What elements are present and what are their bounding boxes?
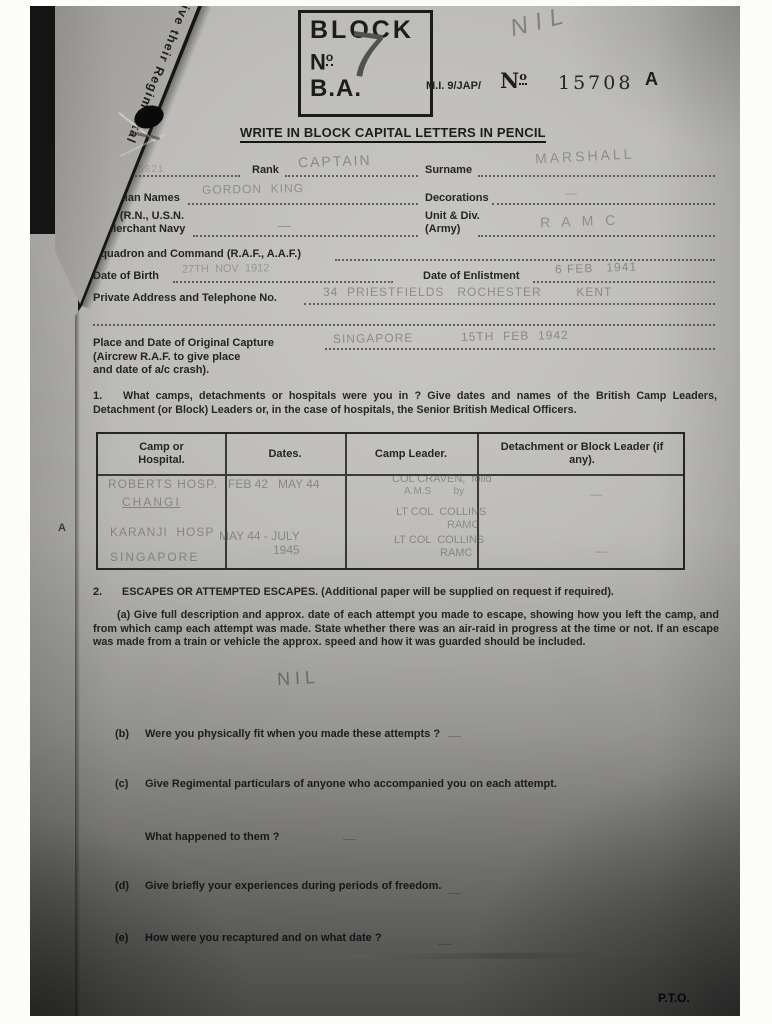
field-label-capture-3: and date of a/c crash). <box>93 364 209 376</box>
field-value-address: 34 PRIESTFIELDS ROCHESTER KENT <box>323 285 612 299</box>
dotted-line-ship <box>193 235 418 237</box>
field-value-christian-names: GORDON KING <box>202 181 304 197</box>
field-value-enlistment: 6 FEB 1941 <box>555 260 637 277</box>
field-value-dob: 27TH NOV 1912 <box>182 262 270 276</box>
answer-2b: — <box>448 728 461 743</box>
answer-2c: — <box>497 778 510 793</box>
dotted-line-rank <box>285 175 418 177</box>
field-label-surname: Surname <box>425 164 472 176</box>
pencil-note-top: NIL <box>508 6 574 43</box>
table-header-detachment: Detachment or Block Leader (if any). <box>477 434 687 474</box>
document-photo: ive their Regimental BLOCK No B.A. 7 M.I… <box>30 6 740 1016</box>
table-dates-row2: MAY 44 - JULY <box>219 529 300 543</box>
question-2e-text: How were you recaptured and on what date… <box>145 932 382 944</box>
field-value-rank: CAPTAIN <box>298 152 372 171</box>
question-2c-text: Give Regimental particulars of anyone wh… <box>145 778 557 790</box>
field-label-unit-1: Unit & Div. <box>425 210 480 222</box>
field-label-enlistment: Date of Enlistment <box>423 270 520 282</box>
page-left-shadow <box>75 306 80 1016</box>
photo-frame: ive their Regimental BLOCK No B.A. 7 M.I… <box>0 0 772 1024</box>
field-label-unit-2: (Army) <box>425 223 460 235</box>
table-camp-karanji: KARANJI HOSP <box>110 525 214 539</box>
margin-letter-a: A <box>58 522 66 534</box>
answer-2d: — <box>448 885 461 900</box>
pencil-smudge <box>255 951 700 960</box>
dotted-line-decorations <box>492 203 715 205</box>
dotted-line-enlistment <box>533 281 715 283</box>
table-camp-changi: CHANGI <box>122 495 181 509</box>
table-leader-line5: LT COL COLLINS <box>394 534 484 546</box>
underlying-page-edge <box>30 234 78 1016</box>
field-label-decorations: Decorations <box>425 192 489 204</box>
dotted-line-dob <box>173 281 393 283</box>
form-title: WRITE IN BLOCK CAPITAL LETTERS IN PENCIL <box>240 125 546 143</box>
table-header-dates: Dates. <box>225 434 345 474</box>
field-value-unit: R A M C <box>540 212 620 231</box>
field-label-capture-1: Place and Date of Original Capture <box>93 337 274 349</box>
question-2-number: 2. <box>93 586 102 598</box>
table-leader-line2: A.M.S by <box>404 486 464 497</box>
dotted-line-capture <box>325 348 715 350</box>
question-1-text: What camps, detachments or hospitals wer… <box>93 390 717 417</box>
serial-no-n: N <box>500 68 519 93</box>
answer-2c2: — <box>343 831 356 846</box>
question-2b-text: Were you physically fit when you made th… <box>145 728 440 740</box>
question-2c2-text: What happened to them ? <box>145 831 279 843</box>
dotted-line-christian-names <box>188 203 418 205</box>
serial-no-o: o <box>519 69 527 85</box>
field-label-capture-2: (Aircrew R.A.F. to give place <box>93 351 240 363</box>
question-2-heading: ESCAPES OR ATTEMPTED ESCAPES. (Additiona… <box>122 586 718 600</box>
serial-number: 15708 <box>558 72 633 94</box>
table-camp-singapore: SINGAPORE <box>110 550 199 564</box>
pto-footer: P.T.O. <box>658 991 690 1005</box>
field-label-rank: Rank <box>252 164 279 176</box>
answer-2a-nil: NIL <box>276 667 320 690</box>
field-value-ship: — <box>278 218 291 233</box>
field-label-address: Private Address and Telephone No. <box>93 292 277 304</box>
dotted-line-unit <box>478 235 715 237</box>
table-camp-roberts: ROBERTS HOSP. <box>108 477 218 491</box>
table-leader-line1: COL CRAVEN, folld <box>392 473 492 485</box>
question-2c-label: (c) <box>115 778 128 790</box>
dotted-line-squadron <box>335 259 715 261</box>
dotted-line-address <box>304 303 715 305</box>
table-header-line <box>98 474 683 476</box>
dotted-line-surname <box>478 175 715 177</box>
field-value-surname: MARSHALL <box>535 145 635 166</box>
stamp-no-n: N <box>310 49 326 74</box>
form-reference: M.I. 9/JAP/ <box>426 80 481 92</box>
field-label-dob: Date of Birth <box>93 270 159 282</box>
table-leader-line3: LT COL COLLINS <box>396 506 486 518</box>
stamp-no-o: o <box>326 50 333 66</box>
answer-2e: — <box>438 936 451 951</box>
series-letter: A <box>645 69 658 90</box>
table-leader-line4: RAMC <box>447 519 479 531</box>
table-dates-row2b: 1945 <box>273 543 300 557</box>
table-detach-row1: — <box>590 487 602 501</box>
table-dates-row1: FEB 42 MAY 44 <box>228 477 320 491</box>
question-2b-label: (b) <box>115 728 129 740</box>
dotted-line-no <box>116 175 240 177</box>
field-label-squadron: Squadron and Command (R.A.F., A.A.F.) <box>93 248 301 260</box>
dotted-line-extra <box>93 324 715 326</box>
table-header-leader: Camp Leader. <box>345 434 477 474</box>
table-header-camp: Camp or Hospital. <box>98 434 225 474</box>
field-value-decorations: — <box>565 186 577 200</box>
table-leader-line6: RAMC <box>440 547 472 559</box>
question-2d-text: Give briefly your experiences during per… <box>145 880 441 892</box>
question-2a-text: (a) Give full description and approx. da… <box>93 609 719 650</box>
table-detach-row2: — <box>595 544 607 558</box>
question-2d-label: (d) <box>115 880 129 892</box>
serial-no-label: No <box>500 68 527 93</box>
field-value-capture: SINGAPORE 15TH FEB 1942 <box>333 328 569 346</box>
question-2e-label: (e) <box>115 932 128 944</box>
